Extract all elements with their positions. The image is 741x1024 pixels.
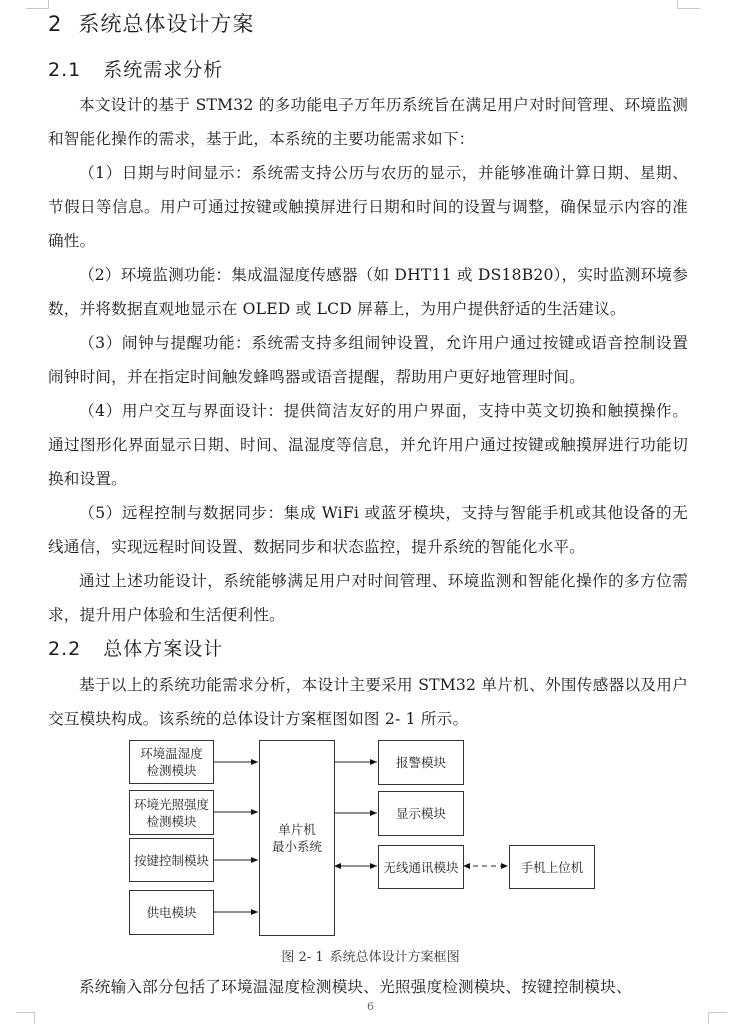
paragraph-requirement-3: （3）闹钟与提醒功能：系统需支持多组闹钟设置，允许用户通过按键或语音控制设置闹钟… <box>48 326 688 394</box>
page-corner-mark <box>26 0 49 9</box>
box-label: 无线通讯模块 <box>383 859 458 876</box>
diagram-box-display-module: 显示模块 <box>378 791 464 836</box>
diagram-box-temperature-humidity-module: 环境温湿度检测模块 <box>129 740 214 784</box>
section-number: 2.1 <box>48 59 81 81</box>
chapter-title: 系统总体设计方案 <box>78 12 254 36</box>
diagram-box-phone-host: 手机上位机 <box>509 845 595 889</box>
section-heading: 2.2总体方案设计 <box>48 634 223 661</box>
paragraph-requirement-4: （4）用户交互与界面设计：提供简洁友好的用户界面，支持中英文切换和触摸操作。通过… <box>48 394 688 496</box>
figure-number: 图 2- 1 <box>281 950 323 965</box>
box-label: 手机上位机 <box>521 859 584 876</box>
paragraph-requirement-2: （2）环境监测功能：集成温湿度传感器（如 DHT11 或 DS18B20），实时… <box>48 258 688 326</box>
section-title: 总体方案设计 <box>103 638 223 660</box>
box-label: 最小系统 <box>272 838 322 855</box>
page-number: 6 <box>0 1000 741 1013</box>
box-label: 检测模块 <box>140 762 203 779</box>
page-corner-mark <box>677 0 700 9</box>
section-title: 系统需求分析 <box>103 59 223 81</box>
chapter-heading: 2系统总体设计方案 <box>48 8 254 38</box>
box-label: 检测模块 <box>134 813 209 830</box>
page-corner-mark <box>708 1012 727 1024</box>
diagram-box-wireless-module: 无线通讯模块 <box>378 845 464 889</box>
paragraph-requirement-5: （5）远程控制与数据同步：集成 WiFi 或蓝牙模块，支持与智能手机或其他设备的… <box>48 496 688 564</box>
page-corner-mark <box>16 1012 35 1024</box>
box-label: 按键控制模块 <box>134 852 209 869</box>
paragraph-requirement-1: （1）日期与时间显示：系统需支持公历与农历的显示，并能够准确计算日期、星期、节假… <box>48 156 688 258</box>
box-label: 环境温湿度 <box>140 745 203 762</box>
figure-title: 系统总体设计方案框图 <box>330 950 460 965</box>
paragraph-design-intro: 基于以上的系统功能需求分析，本设计主要采用 STM32 单片机、外围传感器以及用… <box>48 668 688 736</box>
box-label: 显示模块 <box>396 805 446 822</box>
diagram-box-key-control-module: 按键控制模块 <box>129 838 214 882</box>
paragraph-input-description: 系统输入部分包括了环境温湿度检测模块、光照强度检测模块、按键控制模块、 <box>48 970 688 1004</box>
box-label: 报警模块 <box>396 754 446 771</box>
box-label: 环境光照强度 <box>134 796 209 813</box>
paragraph-summary: 通过上述功能设计，系统能够满足用户对时间管理、环境监测和智能化操作的多方位需求，… <box>48 564 688 632</box>
diagram-box-power-module: 供电模块 <box>129 890 214 935</box>
box-label: 供电模块 <box>146 904 196 921</box>
diagram-box-mcu-minimum-system: 单片机最小系统 <box>259 740 335 936</box>
paragraph-intro: 本文设计的基于 STM32 的多功能电子万年历系统旨在满足用户对时间管理、环境监… <box>48 88 688 156</box>
section-heading: 2.1系统需求分析 <box>48 55 223 82</box>
diagram-box-light-intensity-module: 环境光照强度检测模块 <box>129 790 214 835</box>
diagram-box-alarm-module: 报警模块 <box>378 740 464 785</box>
chapter-number: 2 <box>48 12 62 36</box>
box-label: 单片机 <box>272 821 322 838</box>
figure-caption: 图 2- 1系统总体设计方案框图 <box>0 946 741 965</box>
section-number: 2.2 <box>48 638 81 660</box>
